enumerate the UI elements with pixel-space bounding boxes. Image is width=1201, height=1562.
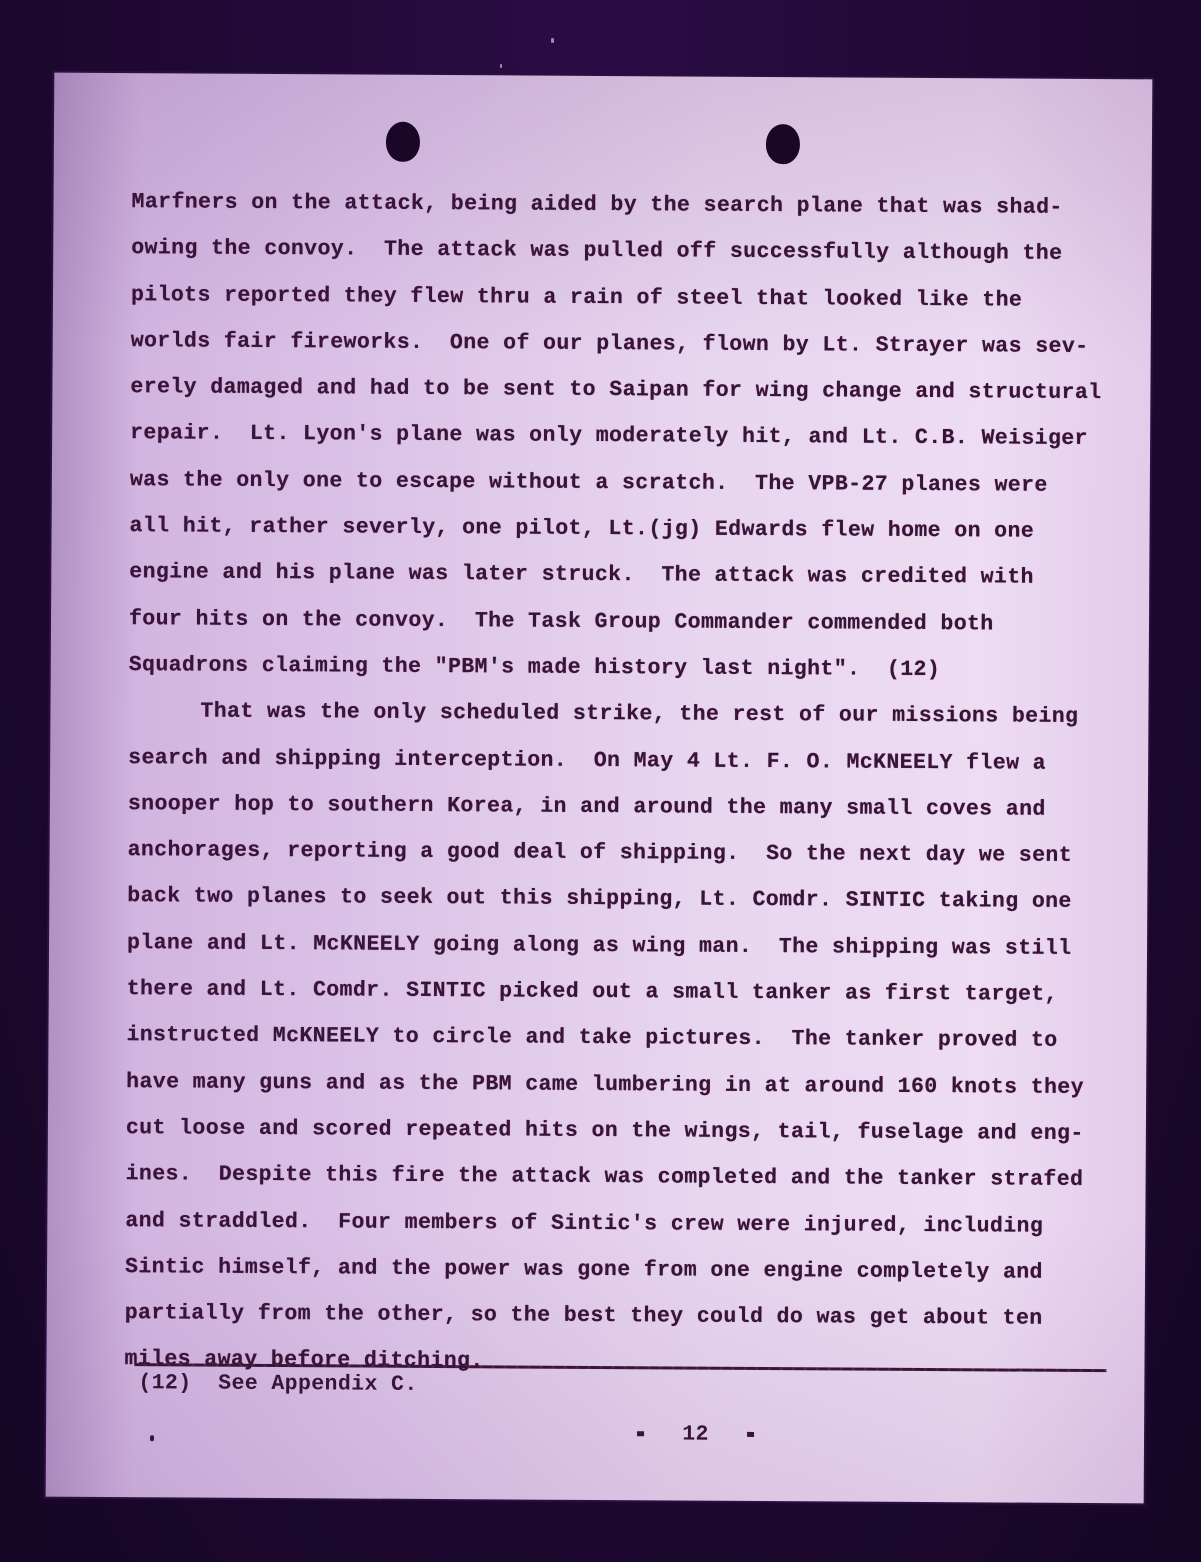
page-number-block: 12 xyxy=(546,1398,792,1472)
text-line: back two planes to seek out this shippin… xyxy=(127,874,1127,926)
dash-right xyxy=(747,1432,754,1437)
text-line: snooper hop to southern Korea, in and ar… xyxy=(128,781,1128,833)
text-line: That was the only scheduled strike, the … xyxy=(128,688,1128,740)
footnote: (12) See Appendix C. xyxy=(138,1371,418,1397)
stray-mark xyxy=(150,1435,154,1441)
text-line: erely damaged and had to be sent to Saip… xyxy=(130,364,1130,416)
page-number: 12 xyxy=(682,1423,709,1447)
text-line: there and Lt. Comdr. SINTIC picked out a… xyxy=(127,966,1127,1018)
text-line: repair. Lt. Lyon's plane was only modera… xyxy=(130,411,1130,463)
text-line: partially from the other, so the best th… xyxy=(125,1290,1125,1342)
text-line: was the only one to escape without a scr… xyxy=(130,457,1130,509)
dash-left xyxy=(637,1431,644,1436)
text-line: and straddled. Four members of Sintic's … xyxy=(125,1198,1125,1250)
text-line: cut loose and scored repeated hits on th… xyxy=(126,1105,1126,1157)
text-line: worlds fair fireworks. One of our planes… xyxy=(131,318,1131,370)
text-line: ines. Despite this fire the attack was c… xyxy=(125,1151,1125,1203)
film-speck xyxy=(500,64,502,68)
body-text: Marfners on the attack, being aided by t… xyxy=(124,179,1131,1389)
text-line: Sintic himself, and the power was gone f… xyxy=(125,1244,1125,1296)
punch-hole-left xyxy=(386,122,420,162)
punch-hole-right xyxy=(766,124,800,164)
film-speck xyxy=(551,38,554,43)
text-line: search and shipping interception. On May… xyxy=(128,735,1128,787)
text-line: anchorages, reporting a good deal of shi… xyxy=(127,827,1127,879)
text-line: four hits on the convoy. The Task Group … xyxy=(129,596,1129,648)
text-line: Marfners on the attack, being aided by t… xyxy=(131,179,1131,231)
text-line: Squadrons claiming the "PBM's made histo… xyxy=(129,642,1129,694)
text-line: instructed McKNEELY to circle and take p… xyxy=(126,1012,1126,1064)
text-line: engine and his plane was later struck. T… xyxy=(129,550,1129,602)
text-line: all hit, rather severly, one pilot, Lt.(… xyxy=(129,503,1129,555)
text-line: owing the convoy. The attack was pulled … xyxy=(131,225,1131,277)
document-page: Marfners on the attack, being aided by t… xyxy=(46,73,1153,1504)
text-line: pilots reported they flew thru a rain of… xyxy=(131,272,1131,324)
text-line: have many guns and as the PBM came lumbe… xyxy=(126,1059,1126,1111)
text-line: plane and Lt. McKNEELY going along as wi… xyxy=(127,920,1127,972)
